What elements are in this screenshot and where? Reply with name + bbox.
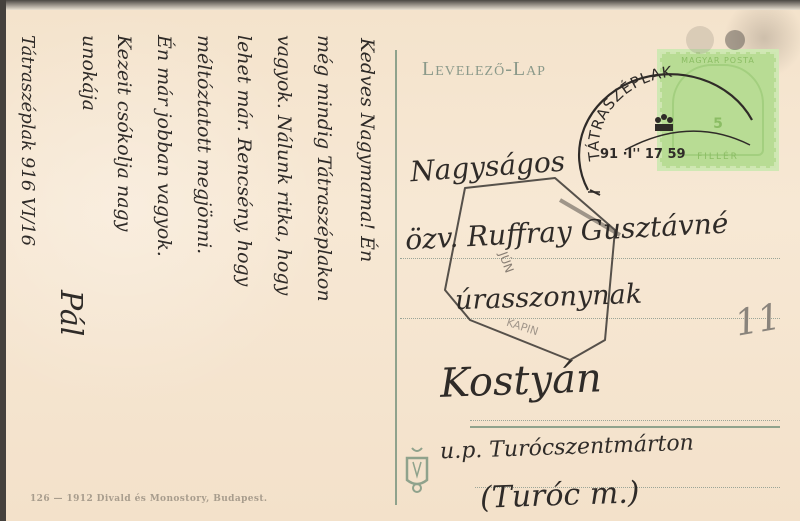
stamp-denomination: 5 [662,116,774,132]
message-signature: Pál [53,290,88,336]
address-dotted-line-2 [400,318,780,319]
scan-left-edge [0,0,6,521]
center-divider-line [395,50,397,505]
shield-monogram-icon [404,444,430,496]
publisher-imprint: 126 — 1912 Divald és Monostory, Budapest… [30,494,267,504]
message-line: még mindig Tátraszéplakon [313,35,335,302]
message-place-date: Tátraszéplak 916 VI/16 [17,35,38,246]
postcard-header: Levelező-Lap [422,58,546,81]
postage-stamp: MAGYAR POSTA 5 FILLÉR [660,52,776,168]
message-line: lehet már. Rencsény, hogy [233,35,255,286]
address-recipient-title: úrasszonynak [455,279,643,317]
message-line: unokája [78,35,100,111]
message-line: vagyok. Nálunk ritka, hogy [273,35,295,295]
stamp-currency: FILLÉR [662,152,774,162]
address-solid-line [470,426,780,428]
pencil-note: 11 [732,296,784,344]
message-line: Én már jobban vagyok. [153,35,175,257]
address-dotted-line-3 [470,420,780,421]
message-line: Kezeit csókolja nagy [113,35,135,232]
message-line: méltóztatott megjönni. [193,35,215,254]
address-county: (Turóc m.) [479,475,640,516]
address-dotted-line-1 [400,258,780,259]
stamp-country: MAGYAR POSTA [662,56,774,65]
scan-top-edge [0,0,800,10]
message-line: Kedves Nagymama! Én [356,38,378,262]
address-city: Kostyán [439,355,602,407]
stamp-frame [672,64,764,156]
